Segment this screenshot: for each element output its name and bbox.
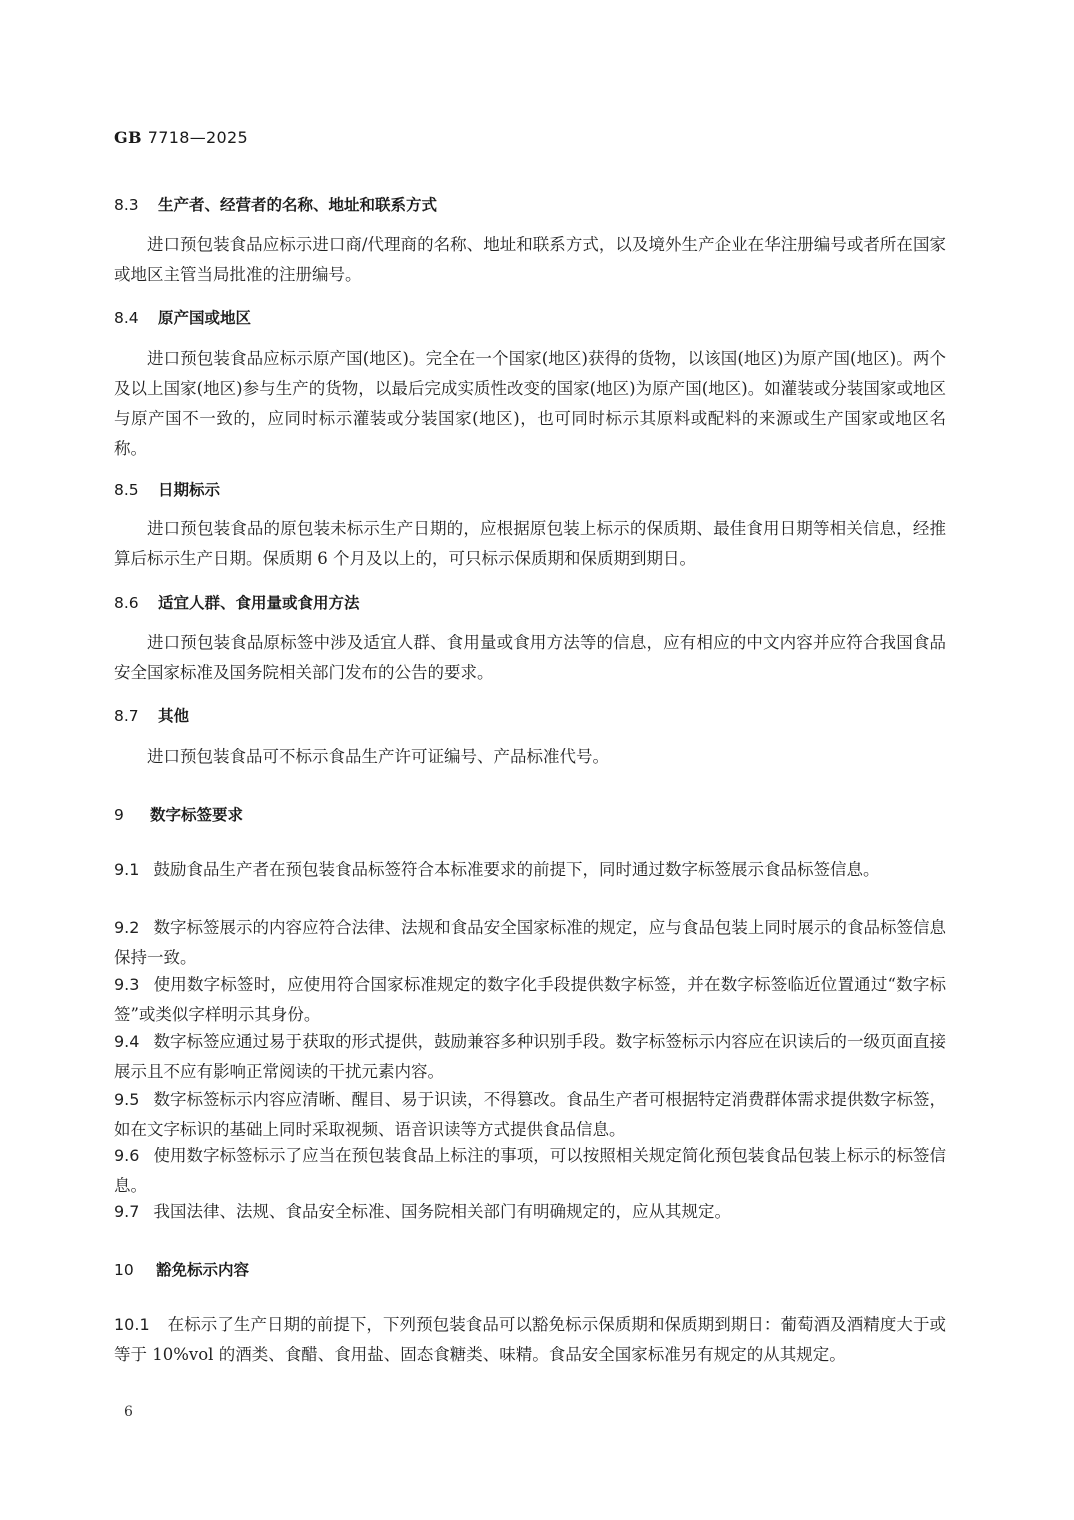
section-heading-8-5: 8.5日期标示 [114,478,220,500]
section-number: 8.4 [114,309,142,327]
document-page: GB7718—2025 8.3生产者、经营者的名称、地址和联系方式 进口预包装食… [0,0,1074,1520]
clause-9-6: 9.6使用数字标签标示了应当在预包装食品上标注的事项，可以按照相关规定简化预包装… [114,1141,946,1201]
clause-number: 9.5 [114,1085,139,1115]
chapter-heading-10: 10豁免标示内容 [114,1258,249,1280]
clause-number: 9.3 [114,970,139,1000]
clause-9-3: 9.3使用数字标签时，应使用符合国家标准规定的数字化手段提供数字标签，并在数字标… [114,970,946,1030]
clause-9-7: 9.7我国法律、法规、食品安全标准、国务院相关部门有明确规定的，应从其规定。 [114,1197,946,1227]
clause-number: 9.6 [114,1141,139,1171]
section-body-8-4: 进口预包装食品应标示原产国(地区)。完全在一个国家(地区)获得的货物，以该国(地… [114,344,946,464]
section-heading-8-7: 8.7其他 [114,704,189,726]
clause-text: 使用数字标签时，应使用符合国家标准规定的数字化手段提供数字标签，并在数字标签临近… [114,975,946,1024]
standard-code-header: GB7718—2025 [114,128,248,147]
chapter-heading-9: 9数字标签要求 [114,803,243,825]
clause-number: 9.7 [114,1197,139,1227]
section-heading-8-3: 8.3生产者、经营者的名称、地址和联系方式 [114,193,437,215]
standard-code: 7718—2025 [148,128,248,147]
section-number: 8.7 [114,707,142,725]
section-body-8-6: 进口预包装食品原标签中涉及适宜人群、食用量或食用方法等的信息，应有相应的中文内容… [114,628,946,688]
clause-9-4: 9.4数字标签应通过易于获取的形式提供，鼓励兼容多种识别手段。数字标签标示内容应… [114,1027,946,1087]
page-number: 6 [124,1404,133,1420]
section-body-8-5: 进口预包装食品的原包装未标示生产日期的，应根据原包装上标示的保质期、最佳食用日期… [114,514,946,574]
clause-text: 鼓励食品生产者在预包装食品标签符合本标准要求的前提下，同时通过数字标签展示食品标… [153,860,879,879]
chapter-title: 数字标签要求 [150,806,243,824]
clause-text: 数字标签标示内容应清晰、醒目、易于识读，不得篡改。食品生产者可根据特定消费群体需… [114,1090,946,1139]
section-number: 8.5 [114,481,142,499]
clause-text: 使用数字标签标示了应当在预包装食品上标注的事项，可以按照相关规定简化预包装食品包… [114,1146,946,1195]
section-body-8-3: 进口预包装食品应标示进口商/代理商的名称、地址和联系方式，以及境外生产企业在华注… [114,230,946,290]
section-number: 8.3 [114,196,142,214]
clause-text: 数字标签应通过易于获取的形式提供，鼓励兼容多种识别手段。数字标签标示内容应在识读… [114,1032,946,1081]
section-title: 日期标示 [158,481,220,499]
clause-number: 9.2 [114,913,139,943]
section-body-8-7: 进口预包装食品可不标示食品生产许可证编号、产品标准代号。 [114,742,946,772]
chapter-number: 10 [114,1261,140,1279]
section-title: 原产国或地区 [158,309,251,327]
standard-prefix: GB [114,128,142,147]
section-heading-8-4: 8.4原产国或地区 [114,306,251,328]
section-title: 生产者、经营者的名称、地址和联系方式 [158,196,437,214]
clause-text: 数字标签展示的内容应符合法律、法规和食品安全国家标准的规定，应与食品包装上同时展… [114,918,946,967]
clause-10-1: 10.1在标示了生产日期的前提下，下列预包装食品可以豁免标示保质期和保质期到期日… [114,1310,946,1370]
section-heading-8-6: 8.6适宜人群、食用量或食用方法 [114,591,360,613]
clause-number: 9.1 [114,855,139,885]
clause-number: 9.4 [114,1027,139,1057]
clause-9-2: 9.2数字标签展示的内容应符合法律、法规和食品安全国家标准的规定，应与食品包装上… [114,913,946,973]
clause-9-5: 9.5数字标签标示内容应清晰、醒目、易于识读，不得篡改。食品生产者可根据特定消费… [114,1085,946,1145]
section-title: 适宜人群、食用量或食用方法 [158,594,360,612]
chapter-title: 豁免标示内容 [156,1261,249,1279]
section-number: 8.6 [114,594,142,612]
clause-text: 在标示了生产日期的前提下，下列预包装食品可以豁免标示保质期和保质期到期日：葡萄酒… [114,1315,946,1364]
clause-text: 我国法律、法规、食品安全标准、国务院相关部门有明确规定的，应从其规定。 [153,1202,731,1221]
section-title: 其他 [158,707,189,725]
chapter-number: 9 [114,806,134,824]
clause-number: 10.1 [114,1310,150,1340]
clause-9-1: 9.1鼓励食品生产者在预包装食品标签符合本标准要求的前提下，同时通过数字标签展示… [114,855,946,885]
